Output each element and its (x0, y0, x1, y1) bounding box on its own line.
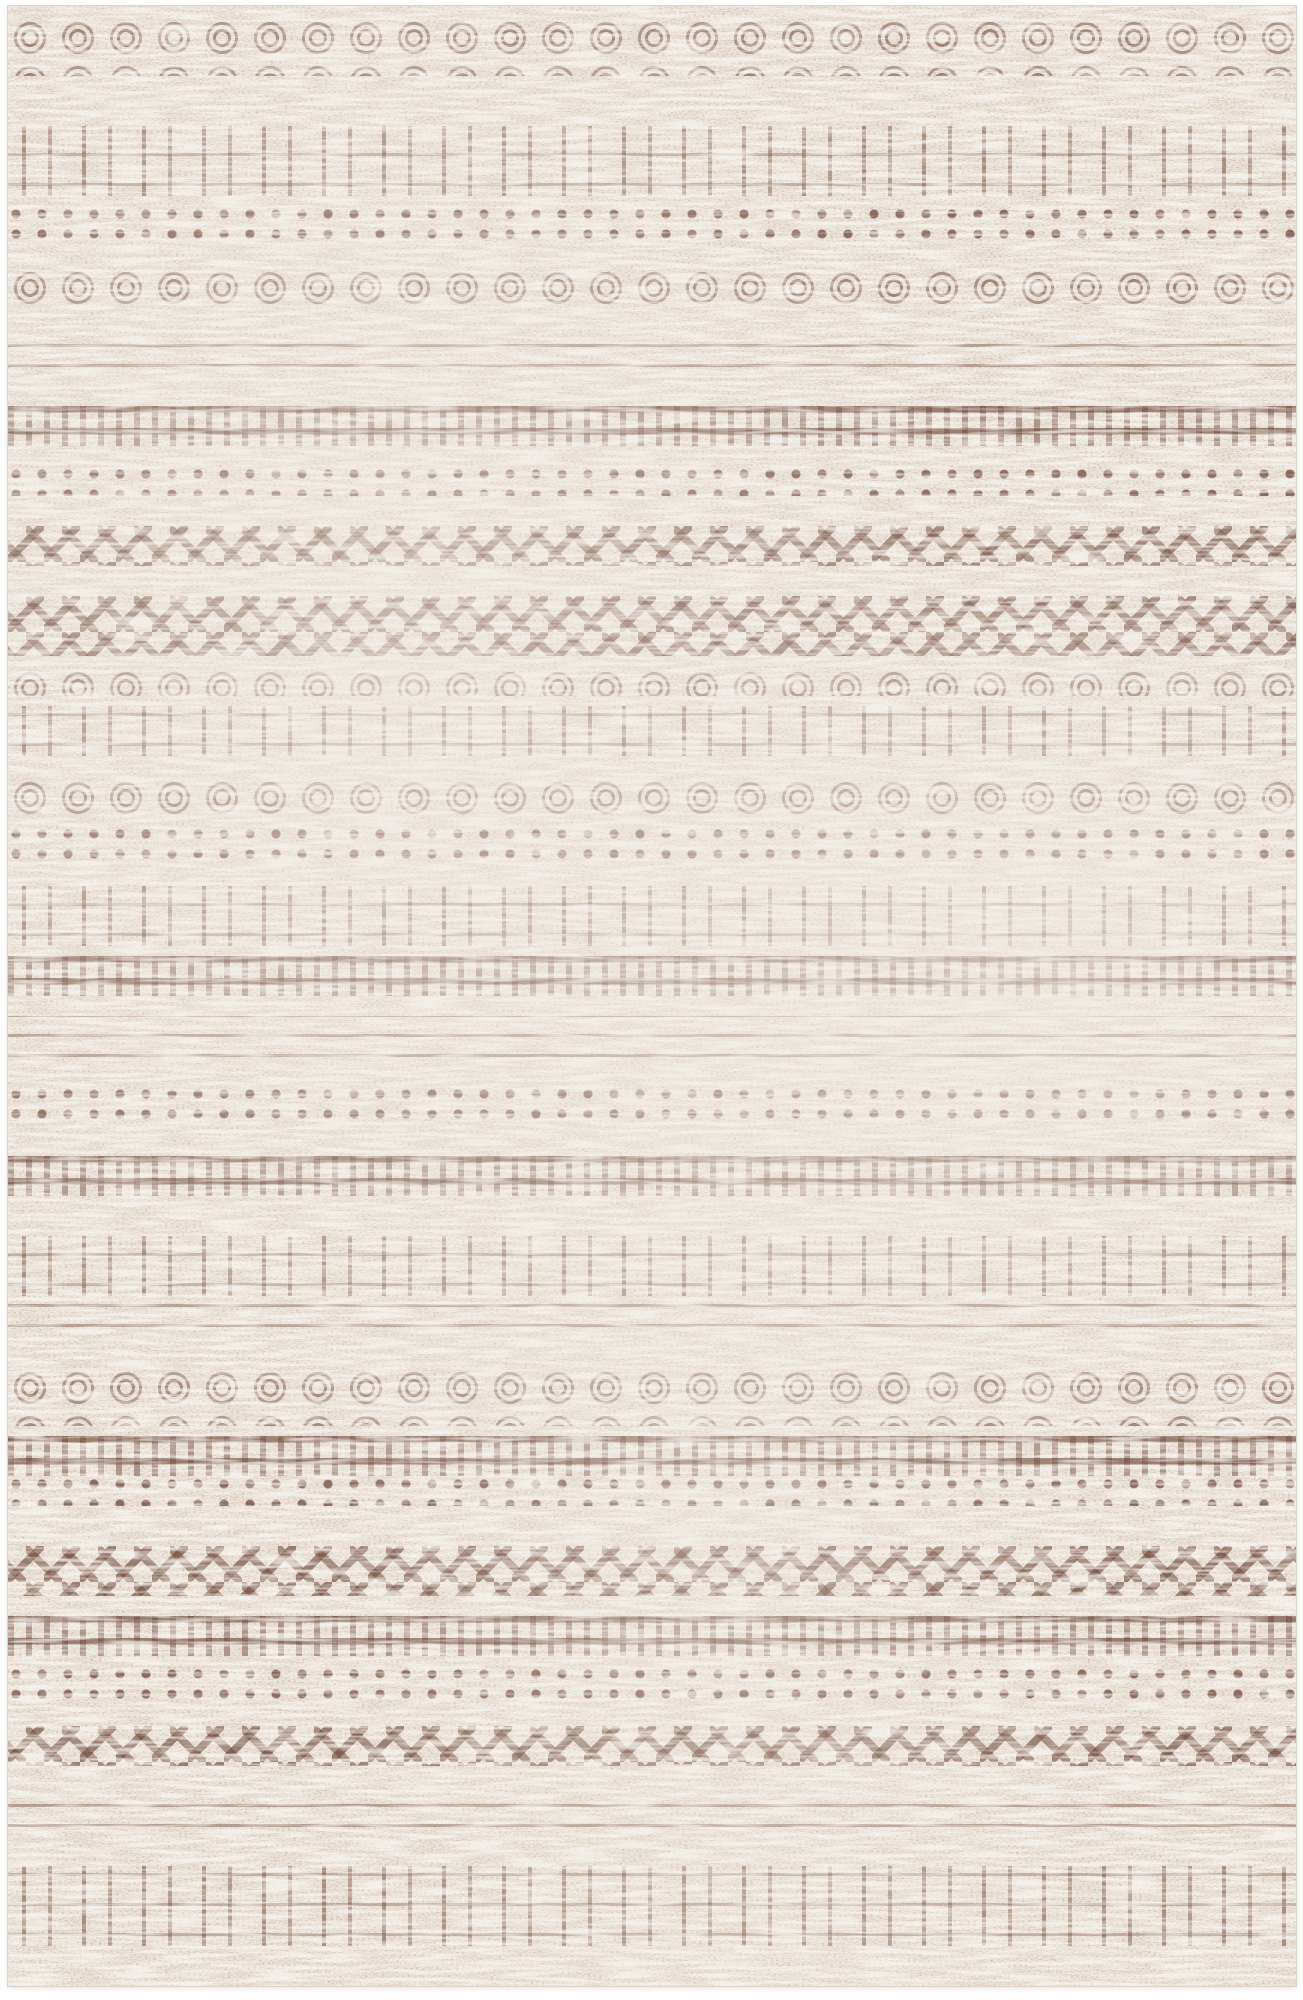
pattern-band-rings (8, 266, 1296, 316)
pattern-band-dots (8, 826, 1296, 866)
pattern-band-lines (8, 1296, 1296, 1336)
pattern-band-rings (8, 16, 1296, 76)
pattern-band-rings (8, 776, 1296, 816)
pattern-band-triangles (8, 1436, 1296, 1476)
pattern-band-zigzag (8, 1546, 1296, 1596)
pattern-band-dots (8, 1476, 1296, 1506)
pattern-band-squares (8, 706, 1296, 756)
pattern-band-triangles (8, 1616, 1296, 1656)
pattern-band-dots (8, 206, 1296, 246)
pattern-band-squares (8, 1866, 1296, 1946)
pattern-band-squares (8, 1236, 1296, 1296)
pattern-band-zigzag (8, 526, 1296, 566)
pattern-band-triangles (8, 956, 1296, 996)
pattern-band-lines (8, 336, 1296, 376)
pattern-band-zigzag (8, 596, 1296, 656)
pattern-band-dots (8, 1666, 1296, 1706)
pattern-band-triangles (8, 406, 1296, 446)
pattern-band-squares (8, 126, 1296, 196)
pattern-band-rings (8, 666, 1296, 696)
pattern-band-dots (8, 466, 1296, 496)
rug-photo (8, 6, 1296, 1986)
pattern-band-dots (8, 1086, 1296, 1126)
pattern-band-squares (8, 886, 1296, 946)
pattern-band-rings (8, 1366, 1296, 1426)
pattern-band-triangles (8, 1156, 1296, 1196)
pattern-band-lines (8, 1016, 1296, 1066)
pattern-band-zigzag (8, 1726, 1296, 1766)
pattern-band-lines (8, 1796, 1296, 1836)
